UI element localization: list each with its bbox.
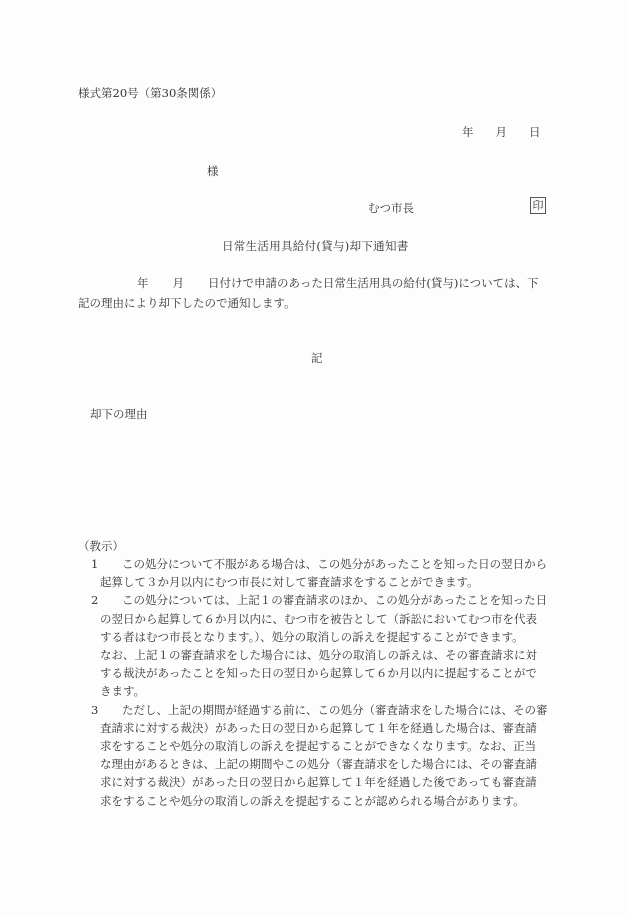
instruction-line: この処分については、上記１の審査請求のほか、この処分があったことを知った日	[100, 591, 558, 609]
instruction-line: なお、上記１の審査請求をした場合には、処分の取消しの訴えは、その審査請求に対	[100, 646, 558, 664]
instruction-line: の翌日から起算して６か月以内に、むつ市を被告として（訴訟においてむつ市を代表	[100, 610, 558, 628]
instruction-line: この処分について不服がある場合は、この処分があったことを知った日の翌日から	[100, 555, 558, 573]
issuer-name: むつ市長	[368, 200, 414, 216]
instruction-line: ただし、上記の期間が経過する前に、この処分（審査請求をした場合には、その審	[100, 701, 558, 719]
seal-mark: 印	[530, 197, 546, 214]
notice-body-line-2: 記の理由により却下したので通知します。	[78, 293, 556, 313]
instruction-item-number: 1	[91, 555, 98, 573]
application-year-label: 年	[137, 276, 149, 290]
date-day-label: 日	[529, 124, 541, 140]
addressee-suffix: 様	[207, 163, 219, 179]
notice-body: 年月日付けで申請のあった日常生活用具の給付(貸与)については、下 記の理由により…	[78, 273, 556, 313]
notice-body-line-1: 年月日付けで申請のあった日常生活用具の給付(貸与)については、下	[78, 273, 556, 293]
instruction-line: する者はむつ市長となります。）、処分の取消しの訴えを提起することができます。	[100, 628, 558, 646]
rejection-reason-label: 却下の理由	[90, 406, 148, 422]
issue-date: 年月日	[462, 124, 541, 140]
instruction-line: 求をすることや処分の取消しの訴えを提起することができなくなります。なお、正当	[100, 737, 558, 755]
instruction-line: する裁決があったことを知った日の翌日から起算して６か月以内に提起することがで	[100, 664, 558, 682]
date-year-label: 年	[462, 124, 474, 140]
date-month-label: 月	[496, 124, 508, 140]
instruction-item-number: 2	[91, 591, 98, 609]
document-title: 日常生活用具給付(貸与)却下通知書	[222, 238, 409, 254]
instruction-item-number: 3	[91, 701, 98, 719]
ki-heading: 記	[311, 350, 323, 366]
instruction-line: きます。	[100, 682, 558, 700]
instruction-line: 求をすることや処分の取消しの訴えを提起することが認められる場合があります。	[100, 792, 558, 810]
instruction-line: 起算して３か月以内にむつ市長に対して審査請求をすることができます。	[100, 573, 558, 591]
instruction-item-3: 3 ただし、上記の期間が経過する前に、この処分（審査請求をした場合には、その審 …	[78, 701, 558, 810]
instruction-item-1: 1 この処分について不服がある場合は、この処分があったことを知った日の翌日から …	[78, 555, 558, 591]
instruction-item-2: 2 この処分については、上記１の審査請求のほか、この処分があったことを知った日 …	[78, 591, 558, 700]
notice-body-text-1: 日付けで申請のあった日常生活用具の給付(貸与)については、下	[208, 276, 539, 290]
instruction-heading: （教示）	[78, 538, 124, 554]
instruction-line: な理由があるときは、上記の期間やこの処分（審査請求をした場合には、その審査請	[100, 755, 558, 773]
instruction-line: 求に対する裁決）があった日の翌日から起算して１年を経過した後であっても審査請	[100, 773, 558, 791]
form-number: 様式第20号（第30条関係）	[78, 85, 222, 101]
application-month-label: 月	[173, 276, 185, 290]
instruction-line: 査請求に対する裁決）があった日の翌日から起算して１年を経過した場合は、審査請	[100, 719, 558, 737]
instruction-list: 1 この処分について不服がある場合は、この処分があったことを知った日の翌日から …	[78, 555, 558, 810]
